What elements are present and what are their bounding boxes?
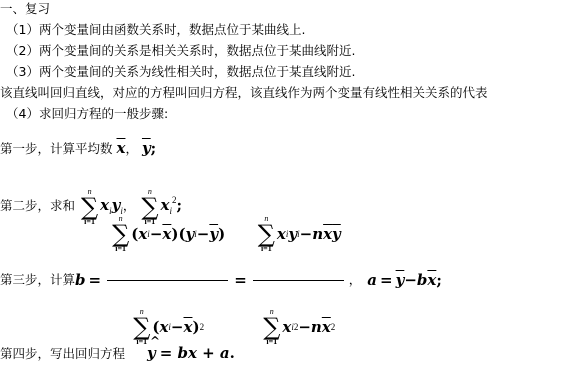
step-4: 第四步，写出回归方程 y = bx + a. — [0, 345, 235, 362]
terminator: . — [230, 344, 235, 362]
step-3-label: 第三步，计算 — [0, 236, 75, 324]
regression-equation-rhs: = bx + a — [160, 344, 230, 362]
review-item-3-continuation: 该直线叫回归直线，对应的方程叫回归方程，该直线作为两个变量有线性相关关系的代表 — [0, 85, 488, 101]
separator: ， — [125, 141, 138, 156]
step-3: 第三步，计算 b = n∑i=1(xi−x)(yi−y) n∑i=1(xi−x)… — [0, 236, 442, 324]
step-1: 第一步，计算平均数 x， y; — [0, 140, 156, 157]
review-item-2: （2）两个变量间的关系是相关关系时，数据点位于某曲线附近. — [6, 43, 355, 59]
step-4-label: 第四步，写出回归方程 — [0, 346, 125, 361]
terminator: ; — [151, 139, 157, 157]
step-2-label: 第二步，求和 — [0, 198, 75, 213]
equals: = — [234, 236, 247, 324]
fraction-sum-form: n∑i=1xiyi−nxy n∑i=1xi2−nx2 — [253, 190, 344, 371]
terminator: ; — [436, 236, 442, 324]
review-item-4: （4）求回归方程的一般步骤: — [6, 106, 168, 122]
equals: = — [89, 236, 102, 324]
mean-y: y — [142, 139, 151, 157]
review-item-1: （1）两个变量间由函数关系时，数据点位于某曲线上. — [6, 22, 305, 38]
slope-b: b — [75, 236, 86, 324]
step-1-label: 第一步，计算平均数 — [0, 141, 113, 156]
intercept-a: a — [367, 236, 377, 324]
section-title: 一、复习 — [0, 1, 50, 17]
y-hat: y — [147, 345, 156, 361]
summation-1: n∑i=1 — [81, 188, 98, 226]
review-item-3: （3）两个变量间的关系为线性相关时，数据点位于某直线附近. — [6, 64, 355, 80]
